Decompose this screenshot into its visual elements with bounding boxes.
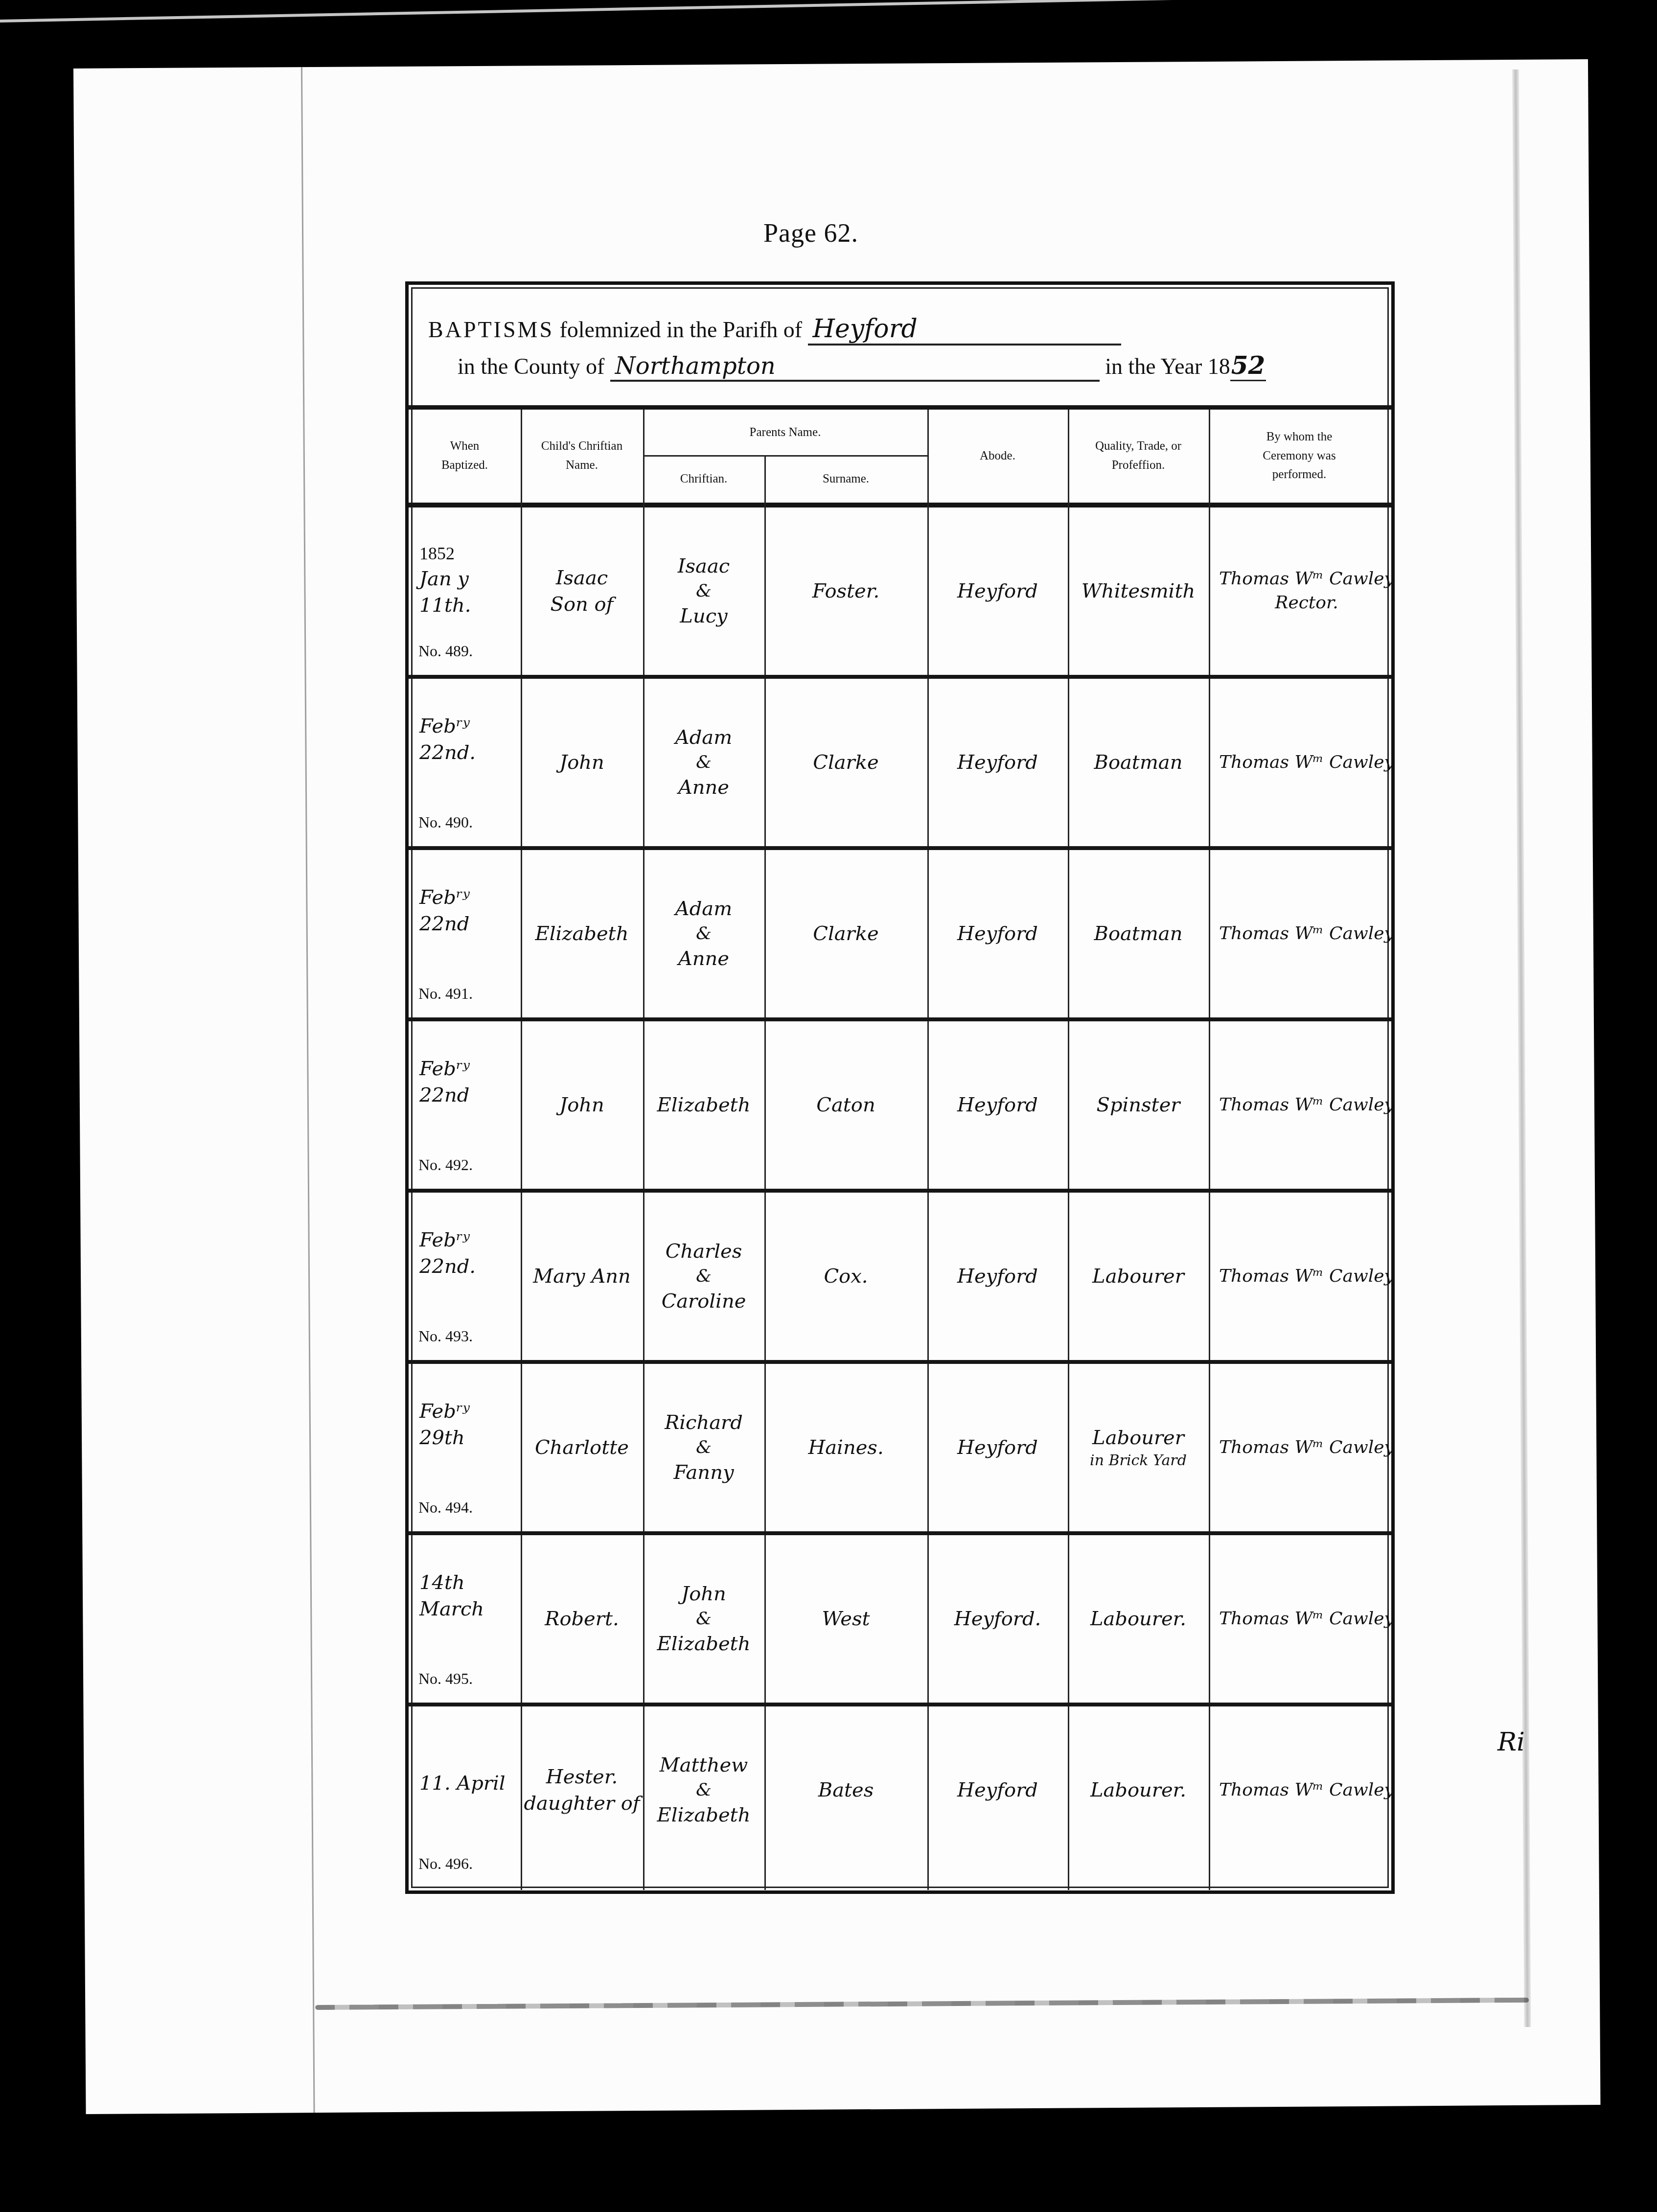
- abode: Heyford: [927, 1021, 1068, 1189]
- header-when-baptized: When Baptized.: [409, 410, 521, 503]
- header-quality-trade: Quality, Trade, or Profeffion.: [1068, 410, 1209, 503]
- title-solemnized: folemnized in the Parifh of: [559, 317, 802, 342]
- minister: Thomas Wᵐ Cawley: [1209, 850, 1404, 1017]
- minister: Thomas Wᵐ Cawley: [1209, 1706, 1404, 1874]
- entry-number: No. 496.: [418, 1855, 473, 1873]
- minister: Thomas Wᵐ Cawley: [1209, 679, 1404, 846]
- entry-row: Febʳʸ 22nd No. 492. John Elizabeth Caton…: [409, 1021, 1391, 1193]
- header-by-whom: By whom the Ceremony was performed.: [1209, 410, 1390, 503]
- title-line-county: in the County of Northampton in the Year…: [458, 351, 1266, 382]
- quality-trade: Labourerin Brick Yard: [1068, 1364, 1209, 1531]
- parents-christian-names: Matthew&Elizabeth: [643, 1706, 764, 1874]
- parents-surname: West: [764, 1535, 927, 1703]
- county-field: Northampton: [610, 352, 1100, 382]
- parents-surname: Bates: [764, 1706, 927, 1874]
- entry-number: No. 495.: [418, 1670, 473, 1688]
- page-fold-line: [301, 67, 315, 2113]
- title-line-parish: BAPTISMS folemnized in the Parifh of Hey…: [428, 314, 1121, 346]
- parents-surname: Clarke: [764, 679, 927, 846]
- parents-surname: Clarke: [764, 850, 927, 1017]
- entry-number: No. 489.: [418, 642, 473, 660]
- header-child-name: Child's Chriftian Name.: [521, 410, 643, 503]
- child-name: IsaacSon of: [521, 507, 643, 675]
- parents-christian-names: Elizabeth: [643, 1021, 764, 1189]
- parents-surname: Cox.: [764, 1193, 927, 1360]
- abode: Heyford: [927, 507, 1068, 675]
- entry-number: No. 492.: [418, 1156, 473, 1174]
- margin-annotation: Ri: [1497, 1728, 1525, 1757]
- child-name: John: [521, 679, 643, 846]
- county-label: in the County of: [458, 354, 604, 379]
- parents-surname: Haines.: [764, 1364, 927, 1531]
- parents-christian-names: Adam&Anne: [643, 679, 764, 846]
- header-abode: Abode.: [927, 410, 1068, 503]
- baptism-register: BAPTISMS folemnized in the Parifh of Hey…: [405, 281, 1395, 1894]
- quality-trade: Boatman: [1068, 679, 1209, 846]
- quality-trade: Labourer.: [1068, 1706, 1209, 1874]
- entry-row: 14th March No. 495. Robert. John&Elizabe…: [409, 1535, 1391, 1706]
- abode: Heyford: [927, 1364, 1068, 1531]
- abode: Heyford: [927, 1193, 1068, 1360]
- baptism-date: 11. April: [409, 1706, 521, 1874]
- entry-row: Febʳʸ 22nd. No. 490. John Adam&Anne Clar…: [409, 679, 1391, 850]
- parents-christian-names: Charles&Caroline: [643, 1193, 764, 1360]
- quality-trade: Whitesmith: [1068, 507, 1209, 675]
- year-field: 52: [1230, 351, 1266, 381]
- parents-surname: Foster.: [764, 507, 927, 675]
- header-parents-christian: Chriftian.: [643, 456, 764, 503]
- entry-row: 1852 Jan y 11th. No. 489. IsaacSon of Is…: [409, 507, 1391, 679]
- parents-christian-names: Adam&Anne: [643, 850, 764, 1017]
- child-name: Hester.daughter of: [521, 1706, 643, 1874]
- header-parents-name: Parents Name.: [643, 410, 927, 456]
- quality-trade: Labourer: [1068, 1193, 1209, 1360]
- parish-field: Heyford: [808, 314, 1121, 346]
- abode: Heyford.: [927, 1535, 1068, 1703]
- entry-row: Febʳʸ 22nd. No. 493. Mary Ann Charles&Ca…: [409, 1193, 1391, 1364]
- entry-row: Febʳʸ 29th No. 494. Charlotte Richard&Fa…: [409, 1364, 1391, 1535]
- parents-christian-names: John&Elizabeth: [643, 1535, 764, 1703]
- parents-divider: [643, 455, 927, 457]
- entry-number: No. 491.: [418, 985, 473, 1003]
- page-number: Page 62.: [763, 218, 858, 248]
- abode: Heyford: [927, 850, 1068, 1017]
- child-name: Robert.: [521, 1535, 643, 1703]
- register-title-block: BAPTISMS folemnized in the Parifh of Hey…: [409, 285, 1391, 410]
- minister: Thomas Wᵐ Cawley: [1209, 1021, 1404, 1189]
- quality-trade: Boatman: [1068, 850, 1209, 1017]
- entry-row: 11. April No. 496. Hester.daughter of Ma…: [409, 1706, 1391, 1888]
- child-name: Elizabeth: [521, 850, 643, 1017]
- quality-trade: Spinster: [1068, 1021, 1209, 1189]
- child-name: Mary Ann: [521, 1193, 643, 1360]
- child-name: John: [521, 1021, 643, 1189]
- page-stain: [315, 1998, 1529, 2010]
- entry-number: No. 490.: [418, 813, 473, 831]
- abode: Heyford: [927, 1706, 1068, 1874]
- entry-row: Febʳʸ 22nd No. 491. Elizabeth Adam&Anne …: [409, 850, 1391, 1021]
- abode: Heyford: [927, 679, 1068, 846]
- year-label: in the Year 18: [1105, 354, 1230, 379]
- child-name: Charlotte: [521, 1364, 643, 1531]
- minister: Thomas Wᵐ Cawley: [1209, 1193, 1404, 1360]
- entry-number: No. 493.: [418, 1327, 473, 1345]
- parents-christian-names: Richard&Fanny: [643, 1364, 764, 1531]
- title-baptisms: BAPTISMS: [428, 317, 554, 342]
- parents-christian-names: Isaac&Lucy: [643, 507, 764, 675]
- minister: Thomas Wᵐ Cawley: [1209, 1535, 1404, 1703]
- header-parents-surname: Surname.: [764, 456, 927, 503]
- column-header-row: When Baptized. Child's Chriftian Name. P…: [409, 410, 1391, 507]
- parents-surname: Caton: [764, 1021, 927, 1189]
- minister: Thomas Wᵐ CawleyRector.: [1209, 507, 1404, 675]
- quality-trade: Labourer.: [1068, 1535, 1209, 1703]
- entry-number: No. 494.: [418, 1498, 473, 1517]
- minister: Thomas Wᵐ Cawley: [1209, 1364, 1404, 1531]
